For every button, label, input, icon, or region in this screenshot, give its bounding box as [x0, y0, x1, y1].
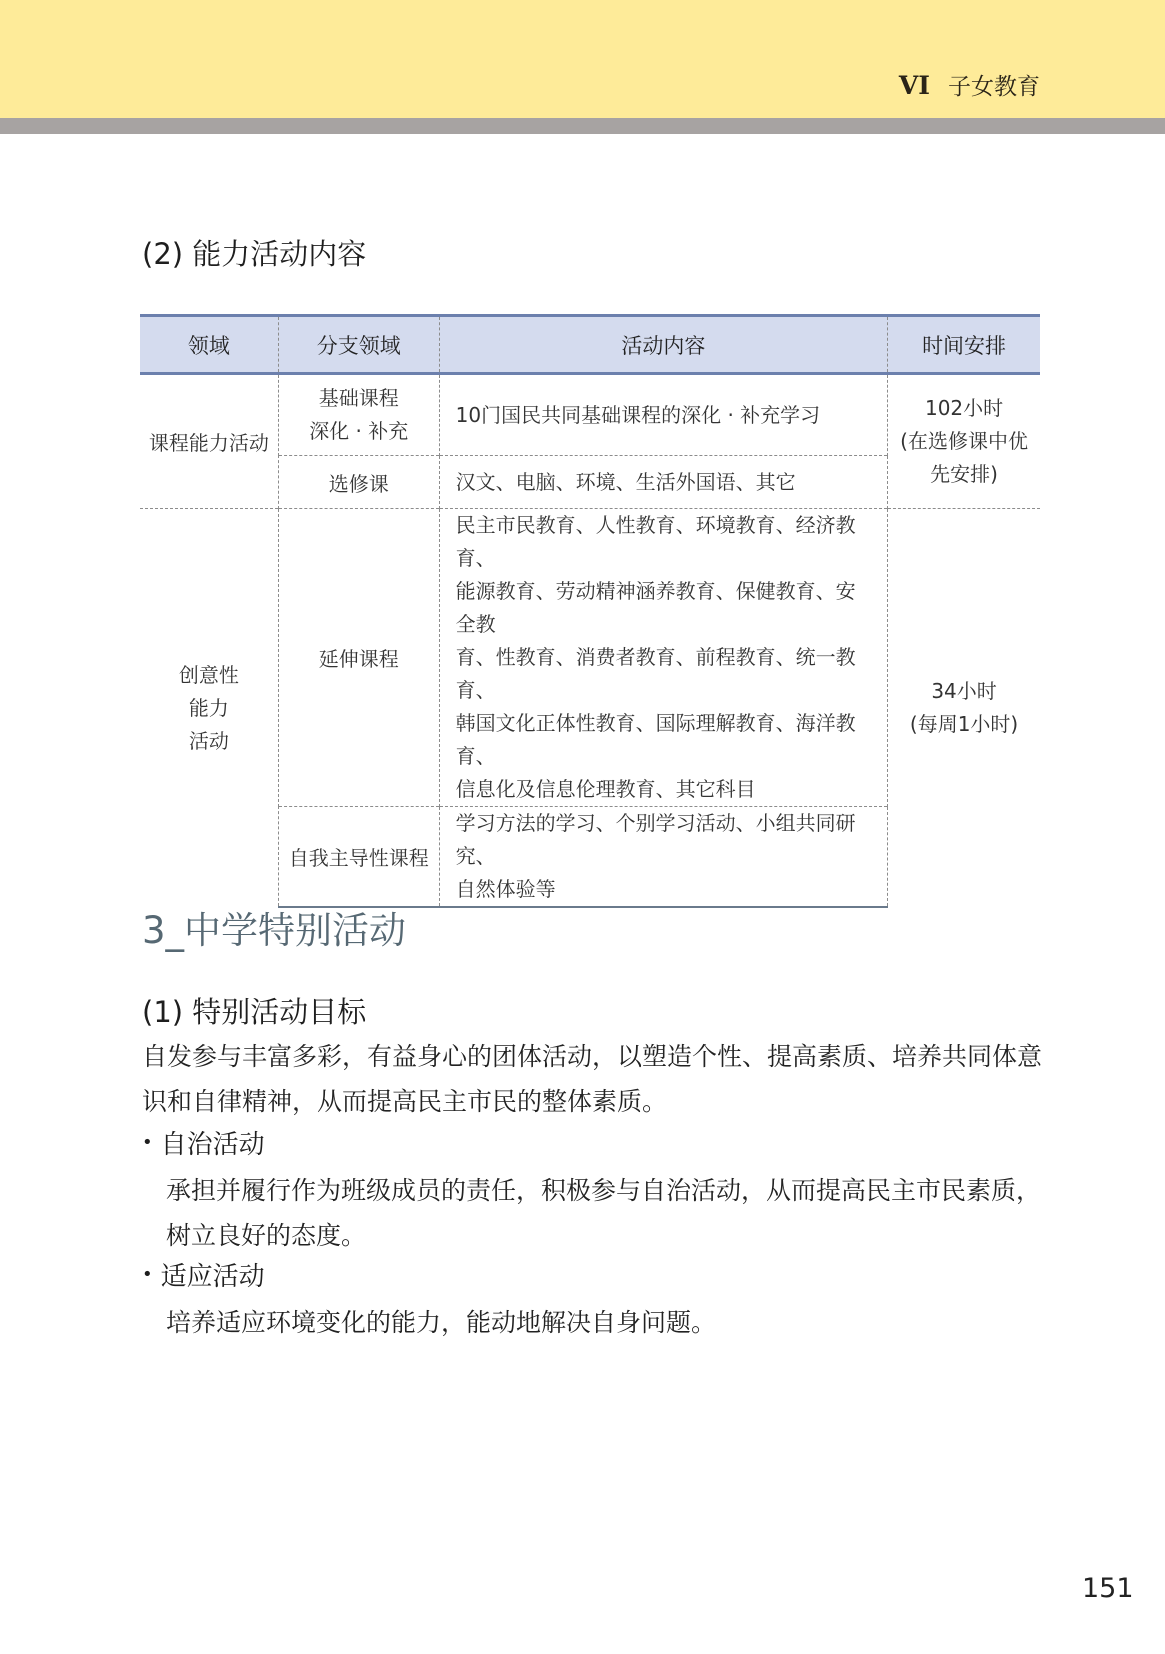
- column-header-time: 时间安排: [888, 316, 1040, 374]
- bullet-text: 承担并履行作为班级成员的责任，积极参与自治活动，从而提高民主市民素质，树立良好的…: [166, 1168, 1046, 1258]
- table-row: 创意性 能力 活动 延伸课程 民主市民教育、人性教育、环境教育、经济教育、 能源…: [140, 509, 1040, 807]
- section-heading-middle-school-special-activities: 3_中学特别活动: [142, 900, 406, 954]
- bullet-icon: •: [142, 1264, 153, 1285]
- time-cell: 102小时 (在选修课中优 先安排): [888, 374, 1040, 509]
- branch-line: 深化 · 补充: [279, 415, 439, 448]
- content-line: 自然体验等: [456, 873, 871, 906]
- content-line: 学习方法的学习、个别学习活动、小组共同研究、: [456, 807, 871, 873]
- table-row: 课程能力活动 基础课程 深化 · 补充 10门国民共同基础课程的深化 · 补充学…: [140, 374, 1040, 456]
- branch-cell: 延伸课程: [278, 509, 439, 807]
- section-heading-ability-content: (2) 能力活动内容: [142, 232, 366, 273]
- chapter-title: 子女教育: [948, 68, 1040, 101]
- time-line: 34小时: [888, 675, 1040, 708]
- branch-cell: 选修课: [278, 456, 439, 509]
- time-line: 102小时: [888, 392, 1040, 425]
- activity-table: 领域 分支领域 活动内容 时间安排 课程能力活动 基础课程 深化 · 补充 10…: [140, 314, 1040, 908]
- content-cell: 学习方法的学习、个别学习活动、小组共同研究、 自然体验等: [439, 807, 887, 908]
- bullet-adaptation: • 适应活动: [142, 1256, 265, 1293]
- domain-line: 能力: [140, 692, 278, 725]
- bullet-title: 适应活动: [161, 1256, 265, 1293]
- time-line: (每周1小时): [888, 708, 1040, 741]
- content-cell: 汉文、电脑、环境、生活外国语、其它: [439, 456, 887, 509]
- chapter-number: VI: [899, 71, 930, 100]
- branch-line: 基础课程: [279, 382, 439, 415]
- branch-cell: 基础课程 深化 · 补充: [278, 374, 439, 456]
- content-cell: 10门国民共同基础课程的深化 · 补充学习: [439, 374, 887, 456]
- branch-cell: 自我主导性课程: [278, 807, 439, 908]
- content-line: 民主市民教育、人性教育、环境教育、经济教育、: [456, 509, 871, 575]
- column-header-content: 活动内容: [439, 316, 887, 374]
- content-cell: 民主市民教育、人性教育、环境教育、经济教育、 能源教育、劳动精神涵养教育、保健教…: [439, 509, 887, 807]
- time-cell: 34小时 (每周1小时): [888, 509, 1040, 908]
- time-line: 先安排): [888, 458, 1040, 491]
- sub-heading-special-activity-goals: (1) 特别活动目标: [142, 990, 366, 1031]
- bullet-icon: •: [142, 1132, 153, 1153]
- bullet-text: 培养适应环境变化的能力，能动地解决自身问题。: [166, 1300, 1046, 1345]
- domain-line: 创意性: [140, 659, 278, 692]
- page-number: 151: [1082, 1573, 1134, 1604]
- bullet-title: 自治活动: [161, 1124, 265, 1161]
- content-line: 能源教育、劳动精神涵养教育、保健教育、安全教: [456, 575, 871, 641]
- time-line: (在选修课中优: [888, 425, 1040, 458]
- content-line: 信息化及信息伦理教育、其它科目: [456, 773, 871, 806]
- domain-cell: 课程能力活动: [140, 374, 278, 509]
- bullet-self-governance: • 自治活动: [142, 1124, 265, 1161]
- column-header-branch: 分支领域: [278, 316, 439, 374]
- content-line: 韩国文化正体性教育、国际理解教育、海洋教育、: [456, 707, 871, 773]
- table-header-row: 领域 分支领域 活动内容 时间安排: [140, 316, 1040, 374]
- domain-cell: 创意性 能力 活动: [140, 509, 278, 908]
- chapter-label: VI 子女教育: [899, 68, 1040, 101]
- header-rule: [0, 118, 1165, 134]
- column-header-domain: 领域: [140, 316, 278, 374]
- intro-paragraph: 自发参与丰富多彩，有益身心的团体活动，以塑造个性、提高素质、培养共同体意识和自律…: [142, 1034, 1042, 1124]
- content-line: 育、性教育、消费者教育、前程教育、统一教育、: [456, 641, 871, 707]
- domain-line: 活动: [140, 725, 278, 758]
